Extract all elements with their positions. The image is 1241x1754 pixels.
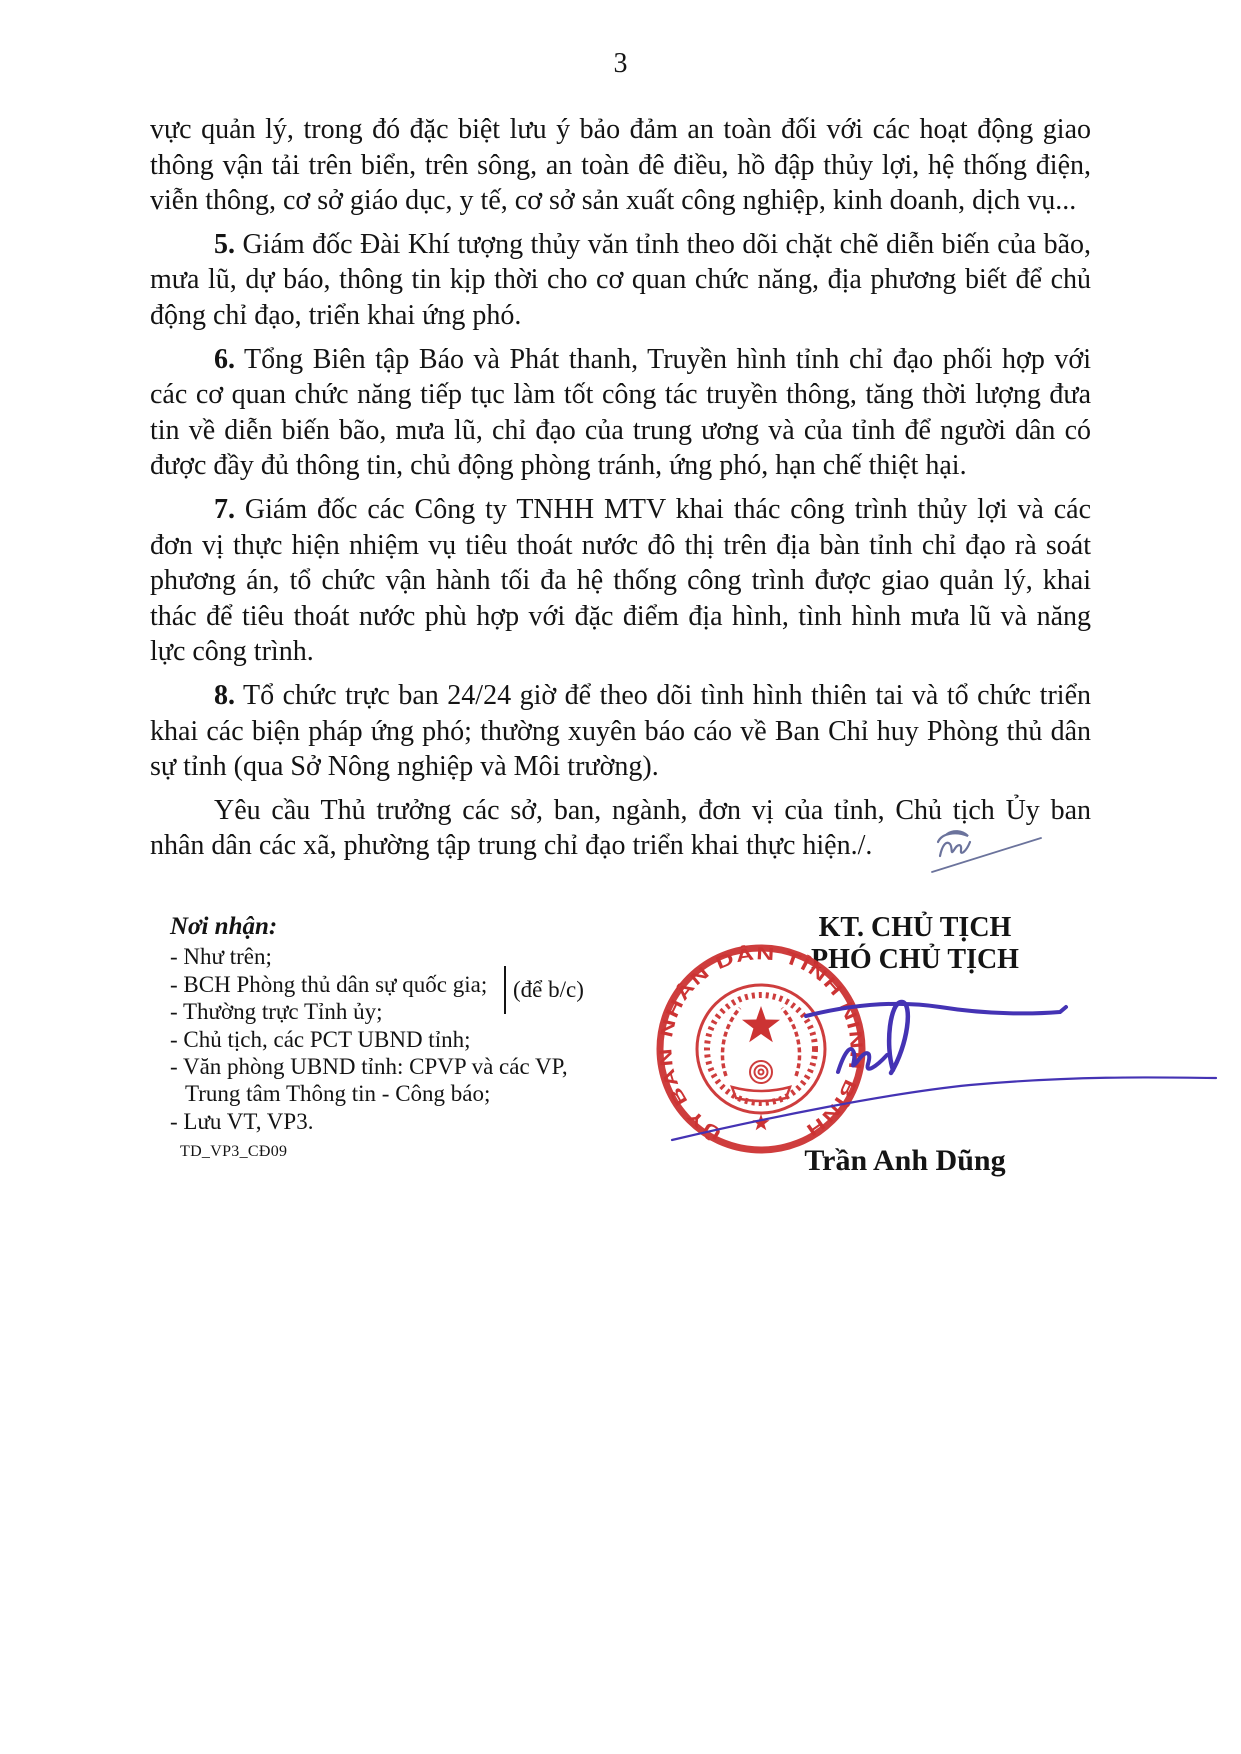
document-page: 3 vực quản lý, trong đó đặc biệt lưu ý b…	[0, 0, 1241, 1754]
paragraph-text: Giám đốc Đài Khí tượng thủy văn tỉnh the…	[150, 229, 1091, 331]
document-body: vực quản lý, trong đó đặc biệt lưu ý bảo…	[150, 112, 1091, 872]
for-report-note-text: (để b/c)	[513, 977, 584, 1003]
paragraph-text: vực quản lý, trong đó đặc biệt lưu ý bảo…	[150, 114, 1091, 216]
paragraph-text: Tổ chức trực ban 24/24 giờ để theo dõi t…	[150, 680, 1091, 782]
paragraph-number: 8.	[214, 680, 235, 711]
recipient-item: - Như trên;	[170, 943, 530, 970]
paragraph-number: 6.	[214, 344, 235, 375]
paragraph-text: Tổng Biên tập Báo và Phát thanh, Truyền …	[150, 344, 1091, 482]
recipients-block: Nơi nhận: - Như trên; - BCH Phòng thủ dâ…	[170, 913, 530, 1166]
paragraph-8: 8. Tổ chức trực ban 24/24 giờ để theo dõ…	[150, 678, 1091, 785]
recipient-item: - Chủ tịch, các PCT UBND tỉnh;	[170, 1026, 530, 1053]
signature	[640, 985, 1240, 1155]
document-code: TD_VP3_CĐ09	[170, 1138, 530, 1165]
recipient-item: - Lưu VT, VP3.	[170, 1108, 530, 1135]
page-number: 3	[0, 48, 1241, 80]
signer-name: Trần Anh Dũng	[720, 1144, 1090, 1178]
recipient-item: - Thường trực Tỉnh ủy;	[170, 998, 530, 1025]
paragraph-number: 7.	[214, 494, 235, 525]
recipients-title: Nơi nhận:	[170, 913, 530, 940]
for-report-note: (để b/c)	[504, 966, 584, 1014]
paraph-initials-mark	[923, 820, 1051, 918]
recipient-item: Trung tâm Thông tin - Công báo;	[170, 1080, 530, 1107]
paragraph-text: Giám đốc các Công ty TNHH MTV khai thác …	[150, 494, 1091, 667]
recipient-item: - Văn phòng UBND tỉnh: CPVP và các VP,	[170, 1053, 530, 1080]
paragraph-continuation: vực quản lý, trong đó đặc biệt lưu ý bảo…	[150, 112, 1091, 219]
paragraph-6: 6. Tổng Biên tập Báo và Phát thanh, Truy…	[150, 342, 1091, 484]
paragraph-5: 5. Giám đốc Đài Khí tượng thủy văn tỉnh …	[150, 227, 1091, 334]
recipient-item: - BCH Phòng thủ dân sự quốc gia;	[170, 971, 530, 998]
paragraph-number: 5.	[214, 229, 235, 260]
paragraph-7: 7. Giám đốc các Công ty TNHH MTV khai th…	[150, 492, 1091, 670]
